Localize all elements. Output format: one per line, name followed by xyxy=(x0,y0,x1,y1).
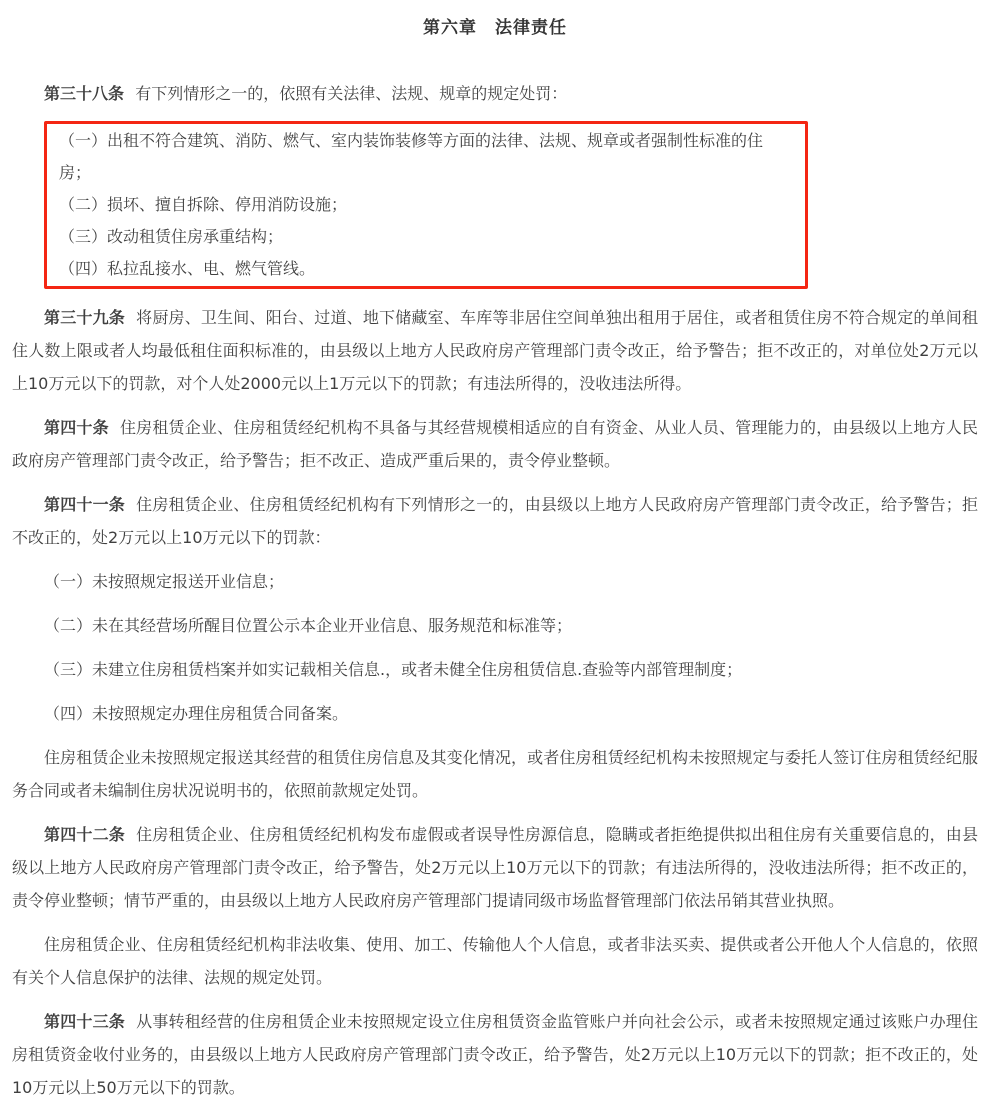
article-40-paragraph: 第四十条住房租赁企业、住房租赁经纪机构不具备与其经营规模相适应的自有资金、从业人… xyxy=(12,411,978,477)
article-38-label: 第三十八条 xyxy=(44,84,124,103)
article-41-item-3: （三）未建立住房租赁档案并如实记载相关信息.，或者未健全住房租赁信息.查验等内部… xyxy=(12,653,978,686)
article-39-label: 第三十九条 xyxy=(44,308,125,327)
article-40-label: 第四十条 xyxy=(44,418,109,437)
article-39-paragraph: 第三十九条将厨房、卫生间、阳台、过道、地下储藏室、车库等非居住空间单独出租用于居… xyxy=(12,301,978,400)
highlight-item-4: （四）私拉乱接水、电、燃气管线。 xyxy=(59,253,793,285)
article-41-text: 住房租赁企业、住房租赁经纪机构有下列情形之一的，由县级以上地方人民政府房产管理部… xyxy=(12,495,978,547)
highlight-item-2: （二）损坏、擅自拆除、停用消防设施； xyxy=(59,189,793,221)
article-41-item-2: （二）未在其经营场所醒目位置公示本企业开业信息、服务规范和标准等； xyxy=(12,609,978,642)
highlight-box: （一）出租不符合建筑、消防、燃气、室内装饰装修等方面的法律、法规、规章或者强制性… xyxy=(44,121,808,289)
article-40-text: 住房租赁企业、住房租赁经纪机构不具备与其经营规模相适应的自有资金、从业人员、管理… xyxy=(12,418,978,470)
highlight-item-3: （三）改动租赁住房承重结构； xyxy=(59,221,793,253)
article-43-paragraph: 第四十三条从事转租经营的住房租赁企业未按照规定设立住房租赁资金监管账户并向社会公… xyxy=(12,1005,978,1104)
article-41-item-1: （一）未按照规定报送开业信息； xyxy=(12,565,978,598)
article-39-text: 将厨房、卫生间、阳台、过道、地下储藏室、车库等非居住空间单独出租用于居住，或者租… xyxy=(12,308,978,393)
article-38-paragraph: 第三十八条有下列情形之一的，依照有关法律、法规、规章的规定处罚： xyxy=(12,77,978,110)
chapter-title: 第六章 法律责任 xyxy=(12,0,978,41)
article-43-text: 从事转租经营的住房租赁企业未按照规定设立住房租赁资金监管账户并向社会公示，或者未… xyxy=(12,1012,978,1097)
article-42-label: 第四十二条 xyxy=(44,825,125,844)
article-38-text: 有下列情形之一的，依照有关法律、法规、规章的规定处罚： xyxy=(135,84,567,103)
article-41-paragraph: 第四十一条住房租赁企业、住房租赁经纪机构有下列情形之一的，由县级以上地方人民政府… xyxy=(12,488,978,554)
article-42-followup-paragraph: 住房租赁企业、住房租赁经纪机构非法收集、使用、加工、传输他人个人信息，或者非法买… xyxy=(12,928,978,994)
article-41-item-4: （四）未按照规定办理住房租赁合同备案。 xyxy=(12,697,978,730)
article-41-followup-paragraph: 住房租赁企业未按照规定报送其经营的租赁住房信息及其变化情况，或者住房租赁经纪机构… xyxy=(12,741,978,807)
article-42-text: 住房租赁企业、住房租赁经纪机构发布虚假或者误导性房源信息，隐瞒或者拒绝提供拟出租… xyxy=(12,825,978,910)
document: 第六章 法律责任 第三十八条有下列情形之一的，依照有关法律、法规、规章的规定处罚… xyxy=(0,0,990,1104)
article-42-paragraph: 第四十二条住房租赁企业、住房租赁经纪机构发布虚假或者误导性房源信息，隐瞒或者拒绝… xyxy=(12,818,978,917)
highlight-item-1: （一）出租不符合建筑、消防、燃气、室内装饰装修等方面的法律、法规、规章或者强制性… xyxy=(59,125,793,189)
article-43-label: 第四十三条 xyxy=(44,1012,125,1031)
article-41-label: 第四十一条 xyxy=(44,495,125,514)
